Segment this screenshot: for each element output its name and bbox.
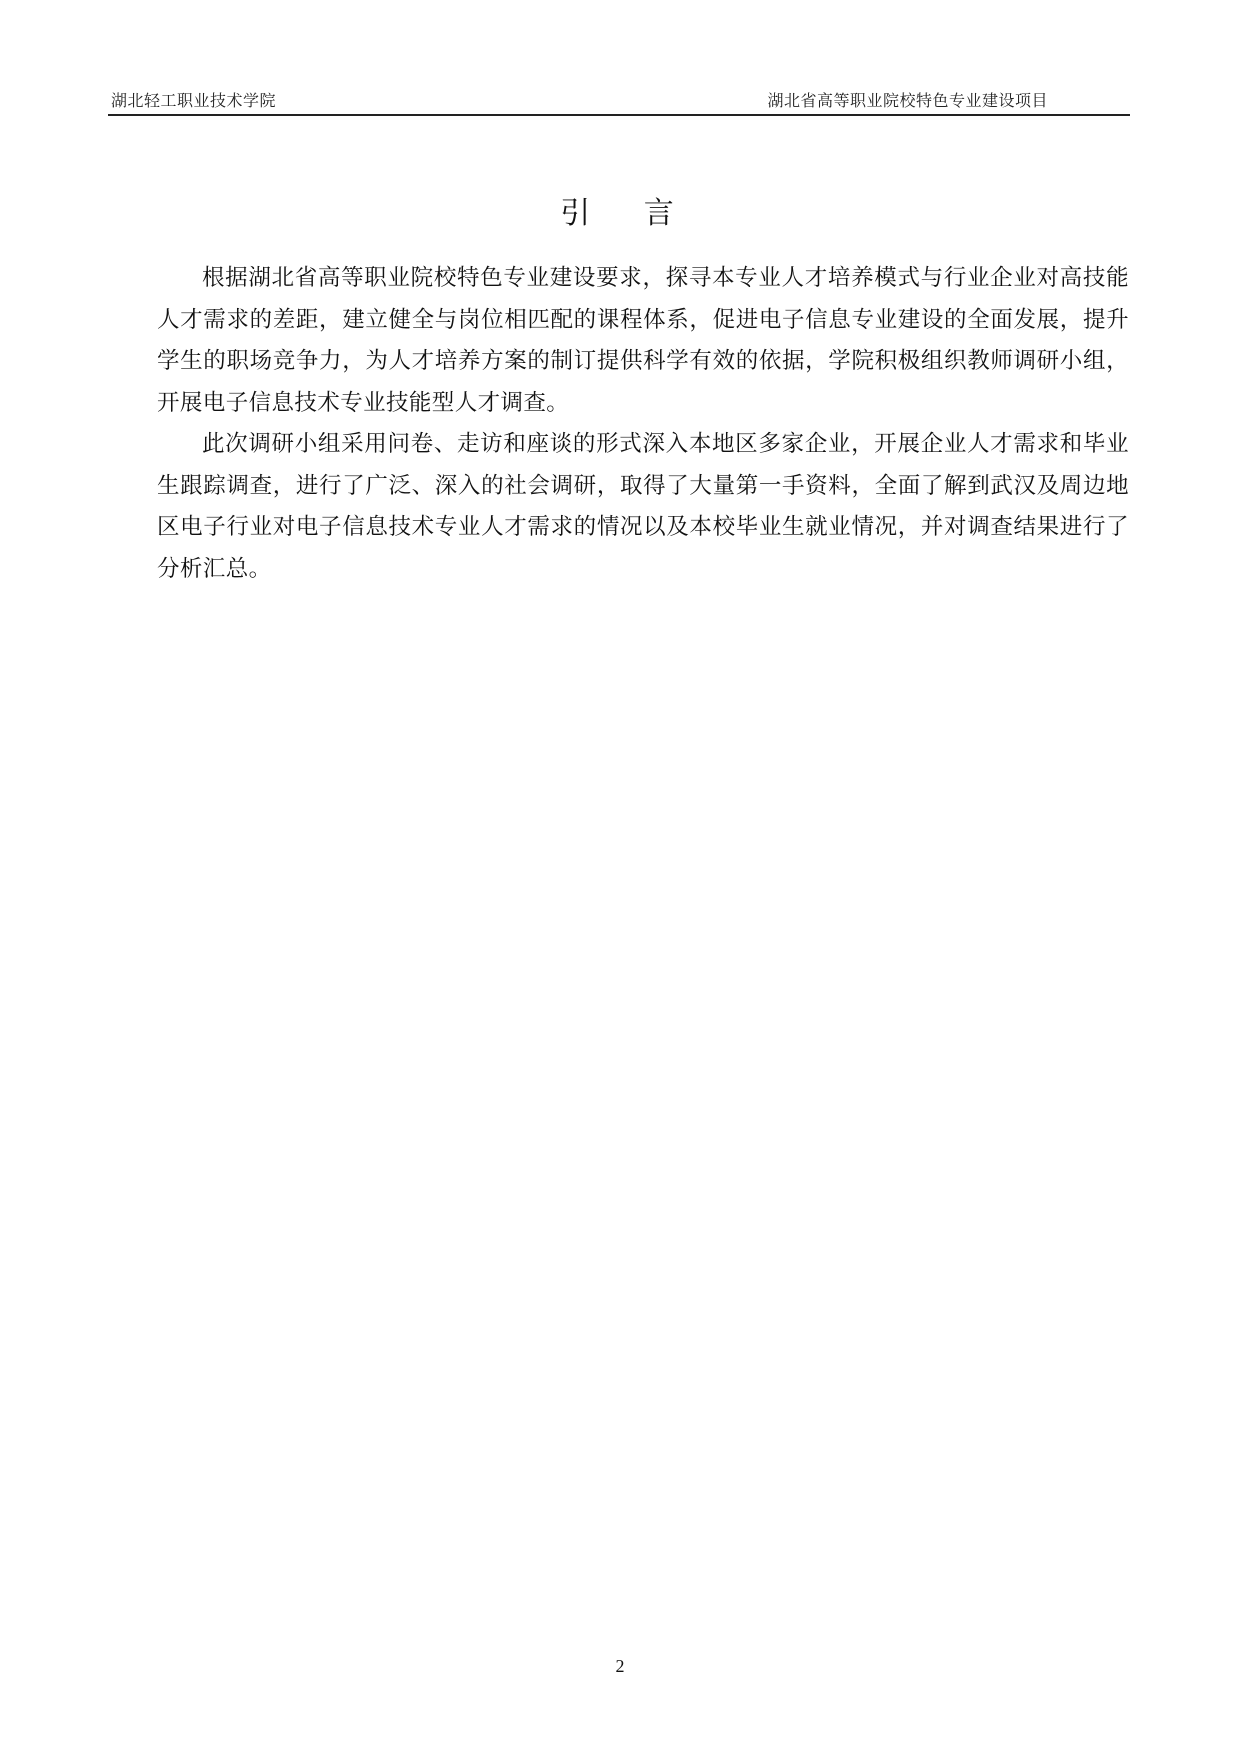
header-institution: 湖北轻工职业技术学院 [111,88,276,111]
page-number: 2 [0,1656,1240,1677]
paragraph: 此次调研小组采用问卷、走访和座谈的形式深入本地区多家企业，开展企业人才需求和毕业… [157,424,1129,590]
header-project: 湖北省高等职业院校特色专业建设项目 [767,88,1048,111]
page-title: 引 言 [0,188,1240,232]
page-header: 湖北轻工职业技术学院 湖北省高等职业院校特色专业建设项目 [108,86,1130,116]
paragraph: 根据湖北省高等职业院校特色专业建设要求，探寻本专业人才培养模式与行业企业对高技能… [157,258,1129,424]
body-text: 根据湖北省高等职业院校特色专业建设要求，探寻本专业人才培养模式与行业企业对高技能… [157,258,1129,590]
